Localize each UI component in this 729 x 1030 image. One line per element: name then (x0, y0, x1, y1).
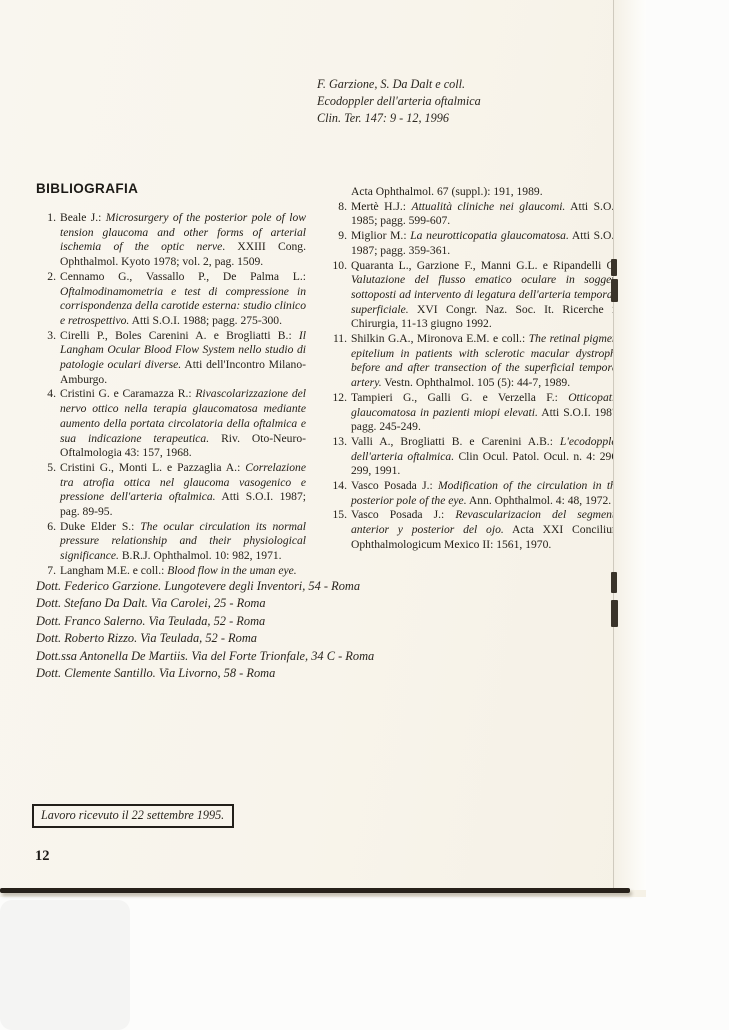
author-address-line: Dott. Roberto Rizzo. Via Teulada, 52 - R… (36, 630, 374, 647)
page-number: 12 (35, 848, 50, 865)
reference-item: 10.Quaranta L., Garzione F., Manni G.L. … (330, 259, 621, 333)
article-running-head: F. Garzione, S. Da Dalt e coll. Ecodoppl… (317, 76, 481, 127)
binding-mark-top-2 (611, 279, 618, 302)
reference-number: 2. (36, 270, 56, 329)
reference-item: 3.Cirelli P., Boles Carenini A. e Brogli… (36, 329, 306, 388)
reference-text: Miglior M.: La neurotticopatia glaucomat… (351, 229, 621, 258)
reference-item: 6.Duke Elder S.: The ocular circulation … (36, 520, 306, 564)
author-address-line: Dott. Stefano Da Dalt. Via Carolei, 25 -… (36, 595, 374, 612)
reference-item: 2.Cennamo G., Vassallo P., De Palma L.: … (36, 270, 306, 329)
reference-number: 15. (330, 508, 347, 552)
reference-item: 5.Cristini G., Monti L. e Pazzaglia A.: … (36, 461, 306, 520)
scanner-shadow (0, 900, 130, 1030)
reference-text: Cennamo G., Vassallo P., De Palma L.: Of… (60, 270, 306, 329)
running-head-authors: F. Garzione, S. Da Dalt e coll. (317, 76, 481, 93)
reference-number: 3. (36, 329, 56, 388)
reference-item: 7.Langham M.E. e coll.: Blood flow in th… (36, 564, 306, 579)
reference-number: 9. (330, 229, 347, 258)
reference-item: 14.Vasco Posada J.: Modification of the … (330, 479, 621, 508)
reference-number: 11. (330, 332, 347, 391)
reference-text: Mertè H.J.: Attualità cliniche nei glauc… (351, 200, 621, 229)
reference-item: 1.Beale J.: Microsurgery of the posterio… (36, 211, 306, 270)
reference-number: 4. (36, 387, 56, 461)
binding-mark-bottom-1 (611, 572, 617, 593)
reference-continuation: Acta Ophthalmol. 67 (suppl.): 191, 1989. (351, 185, 621, 200)
bibliography-column-left: 1.Beale J.: Microsurgery of the posterio… (36, 211, 306, 579)
reference-number: 12. (330, 391, 347, 435)
running-head-title: Ecodoppler dell'arteria oftalmica (317, 93, 481, 110)
reference-text: Cristini G., Monti L. e Pazzaglia A.: Co… (60, 461, 306, 520)
reference-text: Langham M.E. e coll.: Blood flow in the … (60, 564, 306, 579)
reference-text: Valli A., Brogliatti B. e Carenini A.B.:… (351, 435, 621, 479)
reference-number: 8. (330, 200, 347, 229)
reference-number: 1. (36, 211, 56, 270)
reference-text: Tampieri G., Galli G. e Verzella F.: Ott… (351, 391, 621, 435)
reference-text: Cristini G. e Caramazza R.: Rivascolariz… (60, 387, 306, 461)
reference-number: 14. (330, 479, 347, 508)
reference-text: Duke Elder S.: The ocular circulation it… (60, 520, 306, 564)
reference-item: 8.Mertè H.J.: Attualità cliniche nei gla… (330, 200, 621, 229)
reference-text: Beale J.: Microsurgery of the posterior … (60, 211, 306, 270)
author-address-line: Dott. Federico Garzione. Lungotevere deg… (36, 578, 374, 595)
reference-text: Vasco Posada J.: Modification of the cir… (351, 479, 621, 508)
reference-text: Quaranta L., Garzione F., Manni G.L. e R… (351, 259, 621, 333)
reference-text: Shilkin G.A., Mironova E.M. e coll.: The… (351, 332, 621, 391)
reference-item: 13.Valli A., Brogliatti B. e Carenini A.… (330, 435, 621, 479)
page-edge-line (613, 0, 646, 890)
author-address-line: Dott. Franco Salerno. Via Teulada, 52 - … (36, 613, 374, 630)
reference-number: 5. (36, 461, 56, 520)
author-address-line: Dott. Clemente Santillo. Via Livorno, 58… (36, 665, 374, 682)
running-head-citation: Clin. Ter. 147: 9 - 12, 1996 (317, 110, 481, 127)
binding-mark-bottom-2 (611, 600, 618, 627)
scanned-page: F. Garzione, S. Da Dalt e coll. Ecodoppl… (0, 0, 646, 897)
bibliography-heading: BIBLIOGRAFIA (36, 181, 138, 196)
reference-item: 15.Vasco Posada J.: Revascularizacion de… (330, 508, 621, 552)
reference-number: 7. (36, 564, 56, 579)
received-note-box: Lavoro ricevuto il 22 settembre 1995. (32, 804, 234, 828)
reference-text: Vasco Posada J.: Revascularizacion del s… (351, 508, 621, 552)
reference-number: 6. (36, 520, 56, 564)
received-note-text: Lavoro ricevuto il 22 settembre 1995. (41, 808, 224, 822)
bibliography-column-right: Acta Ophthalmol. 67 (suppl.): 191, 1989.… (330, 185, 621, 553)
reference-item: 4.Cristini G. e Caramazza R.: Rivascolar… (36, 387, 306, 461)
reference-item: 12.Tampieri G., Galli G. e Verzella F.: … (330, 391, 621, 435)
page-bottom-edge (0, 888, 630, 893)
author-address-line: Dott.ssa Antonella De Martiis. Via del F… (36, 648, 374, 665)
reference-item: 9.Miglior M.: La neurotticopatia glaucom… (330, 229, 621, 258)
author-addresses: Dott. Federico Garzione. Lungotevere deg… (36, 578, 374, 682)
reference-number: 13. (330, 435, 347, 479)
reference-item: 11.Shilkin G.A., Mironova E.M. e coll.: … (330, 332, 621, 391)
binding-mark-top-1 (611, 259, 617, 276)
reference-text: Cirelli P., Boles Carenini A. e Brogliat… (60, 329, 306, 388)
reference-number: 10. (330, 259, 347, 333)
